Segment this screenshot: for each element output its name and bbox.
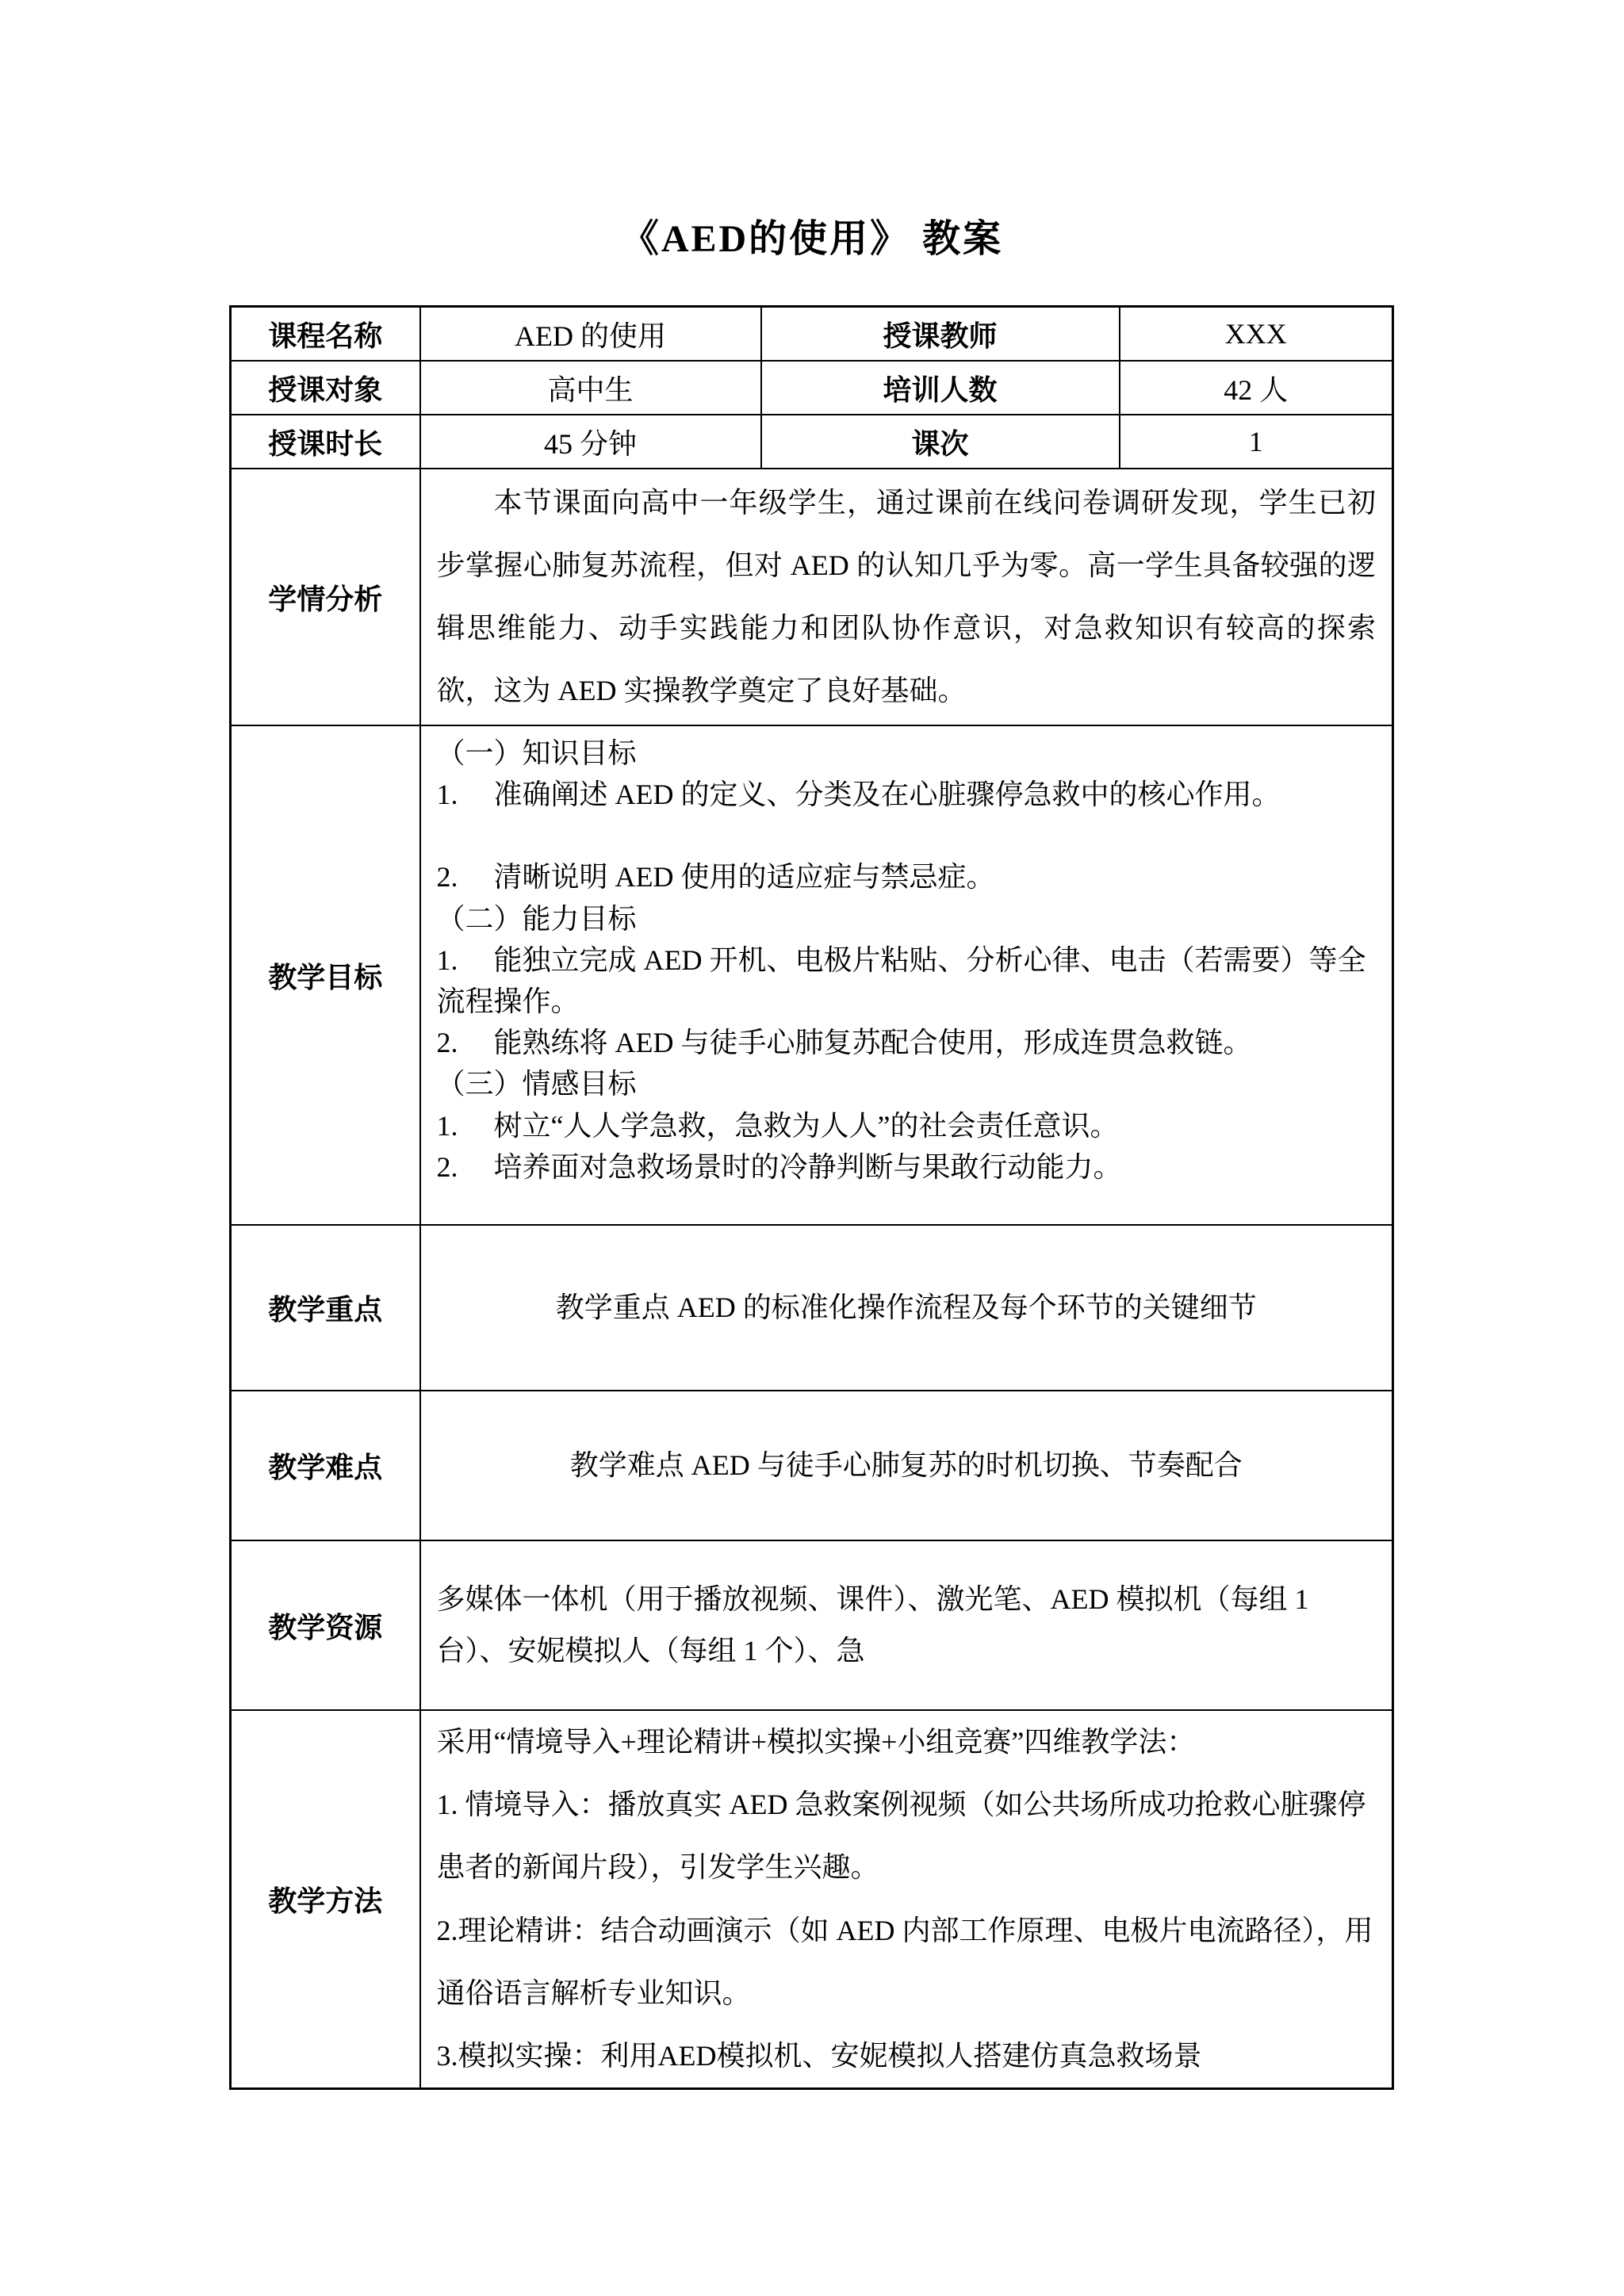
- mubiao-line: 1. 准确阐述 AED 的定义、分类及在心脏骤停急救中的核心作用。: [437, 774, 1377, 815]
- duration-label: 授课时长: [231, 415, 420, 469]
- duration-value: 45 分钟: [420, 415, 761, 469]
- audience-value: 高中生: [420, 361, 761, 415]
- section-label-mubiao: 教学目标: [231, 725, 420, 1225]
- section-content-ziyuan: 多媒体一体机（用于播放视频、课件）、激光笔、AED 模拟机（每组 1 台）、安妮…: [420, 1540, 1393, 1710]
- section-label-ziyuan: 教学资源: [231, 1540, 420, 1710]
- table-row-jiaoxue-zhongdian: 教学重点 教学重点 AED 的标准化操作流程及每个环节的关键细节: [231, 1225, 1393, 1391]
- trainee-count-value: 42 人: [1120, 361, 1393, 415]
- table-row-audience: 授课对象 高中生 培训人数 42 人: [231, 361, 1393, 415]
- section-content-nandian: 教学难点 AED 与徒手心肺复苏的时机切换、节奏配合: [420, 1391, 1393, 1540]
- table-row-jiaoxue-mubiao: 教学目标 （一）知识目标 1. 准确阐述 AED 的定义、分类及在心脏骤停急救中…: [231, 725, 1393, 1225]
- session-number-label: 课次: [761, 415, 1120, 469]
- lesson-plan-page: 《AED的使用》 教案 课程名称 AED 的使用 授课教师 XXX 授课对象 高…: [0, 0, 1624, 2296]
- audience-label: 授课对象: [231, 361, 420, 415]
- document-title: 《AED的使用》 教案: [0, 208, 1624, 262]
- section-content-zhongdian: 教学重点 AED 的标准化操作流程及每个环节的关键细节: [420, 1225, 1393, 1391]
- course-name-label: 课程名称: [231, 307, 420, 362]
- xueqing-paragraph: 本节课面向高中一年级学生，通过课前在线问卷调研发现，学生已初步掌握心肺复苏流程，…: [437, 472, 1377, 723]
- mubiao-line: （二）能力目标: [437, 898, 1377, 939]
- section-label-zhongdian: 教学重点: [231, 1225, 420, 1391]
- mubiao-line: （三）情感目标: [437, 1063, 1377, 1104]
- table-row-xueqing-fenxi: 学情分析 本节课面向高中一年级学生，通过课前在线问卷调研发现，学生已初步掌握心肺…: [231, 469, 1393, 725]
- section-label-fangfa: 教学方法: [231, 1710, 420, 2089]
- mubiao-line: 1. 能独立完成 AED 开机、电极片粘贴、分析心律、电击（若需要）等全流程操作…: [437, 939, 1377, 1022]
- teacher-value: XXX: [1120, 307, 1393, 362]
- mubiao-line: 2. 培养面对急救场景时的冷静判断与果敢行动能力。: [437, 1146, 1377, 1188]
- table-row-course: 课程名称 AED 的使用 授课教师 XXX: [231, 307, 1393, 362]
- lesson-plan-table: 课程名称 AED 的使用 授课教师 XXX 授课对象 高中生 培训人数 42 人…: [229, 305, 1394, 2090]
- course-name-value: AED 的使用: [420, 307, 761, 362]
- section-content-fangfa: 采用“情境导入+理论精讲+模拟实操+小组竞赛”四维教学法： 1. 情境导入：播放…: [420, 1710, 1393, 2089]
- section-content-mubiao: （一）知识目标 1. 准确阐述 AED 的定义、分类及在心脏骤停急救中的核心作用…: [420, 725, 1393, 1225]
- mubiao-line: 1. 树立“人人学急救，急救为人人”的社会责任意识。: [437, 1105, 1377, 1146]
- table-row-jiaoxue-ziyuan: 教学资源 多媒体一体机（用于播放视频、课件）、激光笔、AED 模拟机（每组 1 …: [231, 1540, 1393, 1710]
- table-row-duration: 授课时长 45 分钟 课次 1: [231, 415, 1393, 469]
- fangfa-line: 3.模拟实操：利用AED模拟机、安妮模拟人搭建仿真急救场景: [437, 2025, 1377, 2087]
- table-row-jiaoxue-fangfa: 教学方法 采用“情境导入+理论精讲+模拟实操+小组竞赛”四维教学法： 1. 情境…: [231, 1710, 1393, 2089]
- section-content-xueqing: 本节课面向高中一年级学生，通过课前在线问卷调研发现，学生已初步掌握心肺复苏流程，…: [420, 469, 1393, 725]
- mubiao-line: （一）知识目标: [437, 733, 1377, 774]
- section-label-nandian: 教学难点: [231, 1391, 420, 1540]
- table-row-jiaoxue-nandian: 教学难点 教学难点 AED 与徒手心肺复苏的时机切换、节奏配合: [231, 1391, 1393, 1540]
- zhongdian-text: 教学重点 AED 的标准化操作流程及每个环节的关键细节: [437, 1288, 1377, 1327]
- fangfa-line: 1. 情境导入：播放真实 AED 急救案例视频（如公共场所成功抢救心脏骤停患者的…: [437, 1774, 1377, 1899]
- section-label-xueqing: 学情分析: [231, 469, 420, 725]
- nandian-text: 教学难点 AED 与徒手心肺复苏的时机切换、节奏配合: [437, 1445, 1377, 1485]
- mubiao-line: 2. 清晰说明 AED 使用的适应症与禁忌症。: [437, 856, 1377, 897]
- session-number-value: 1: [1120, 415, 1393, 469]
- fangfa-line: 2.理论精讲：结合动画演示（如 AED 内部工作原理、电极片电流路径），用通俗语…: [437, 1900, 1377, 2025]
- trainee-count-label: 培训人数: [761, 361, 1120, 415]
- ziyuan-text: 多媒体一体机（用于播放视频、课件）、激光笔、AED 模拟机（每组 1 台）、安妮…: [437, 1574, 1377, 1677]
- fangfa-line: 采用“情境导入+理论精讲+模拟实操+小组竞赛”四维教学法：: [437, 1711, 1377, 1774]
- teacher-label: 授课教师: [761, 307, 1120, 362]
- mubiao-line: 2. 能熟练将 AED 与徒手心肺复苏配合使用，形成连贯急救链。: [437, 1022, 1377, 1063]
